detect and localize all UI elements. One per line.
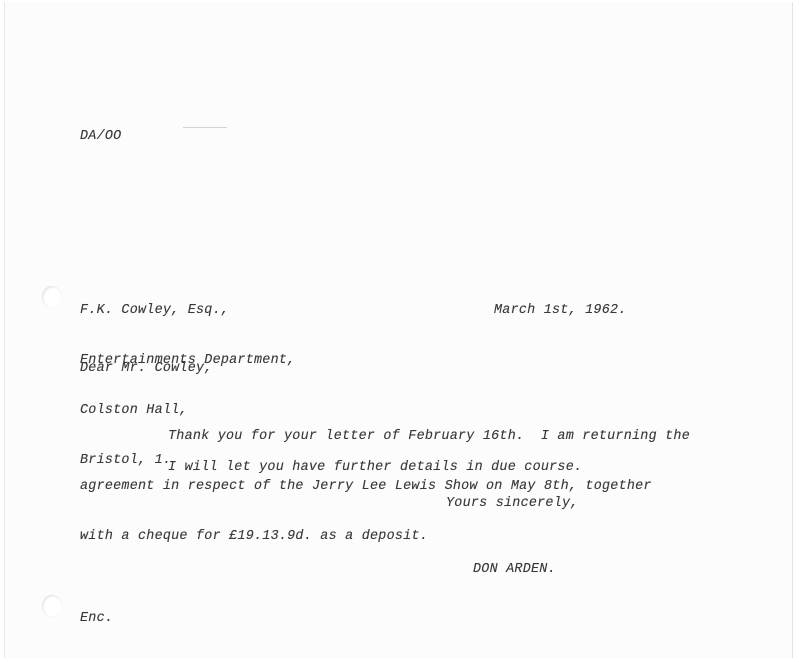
faint-paper-mark: [183, 127, 227, 128]
body-line: Thank you for your letter of February 16…: [80, 429, 690, 446]
body-line: agreement in respect of the Jerry Lee Le…: [80, 479, 690, 496]
body-paragraph-2: I will let you have further details in d…: [168, 460, 582, 477]
salutation: Dear Mr. Cowley,: [80, 361, 213, 378]
address-line: F.K. Cowley, Esq.,: [80, 303, 295, 320]
letter-date: March 1st, 1962.: [494, 303, 627, 320]
enclosure-note: Enc.: [80, 611, 113, 628]
signature: DON ARDEN.: [473, 562, 556, 579]
punch-hole-top: [42, 286, 62, 308]
body-line: with a cheque for £19.13.9d. as a deposi…: [80, 529, 690, 546]
punch-hole-bottom: [42, 595, 62, 617]
body-paragraph-1: Thank you for your letter of February 16…: [80, 396, 690, 563]
reference-code: DA/OO: [80, 129, 121, 146]
closing: Yours sincerely,: [446, 496, 579, 513]
